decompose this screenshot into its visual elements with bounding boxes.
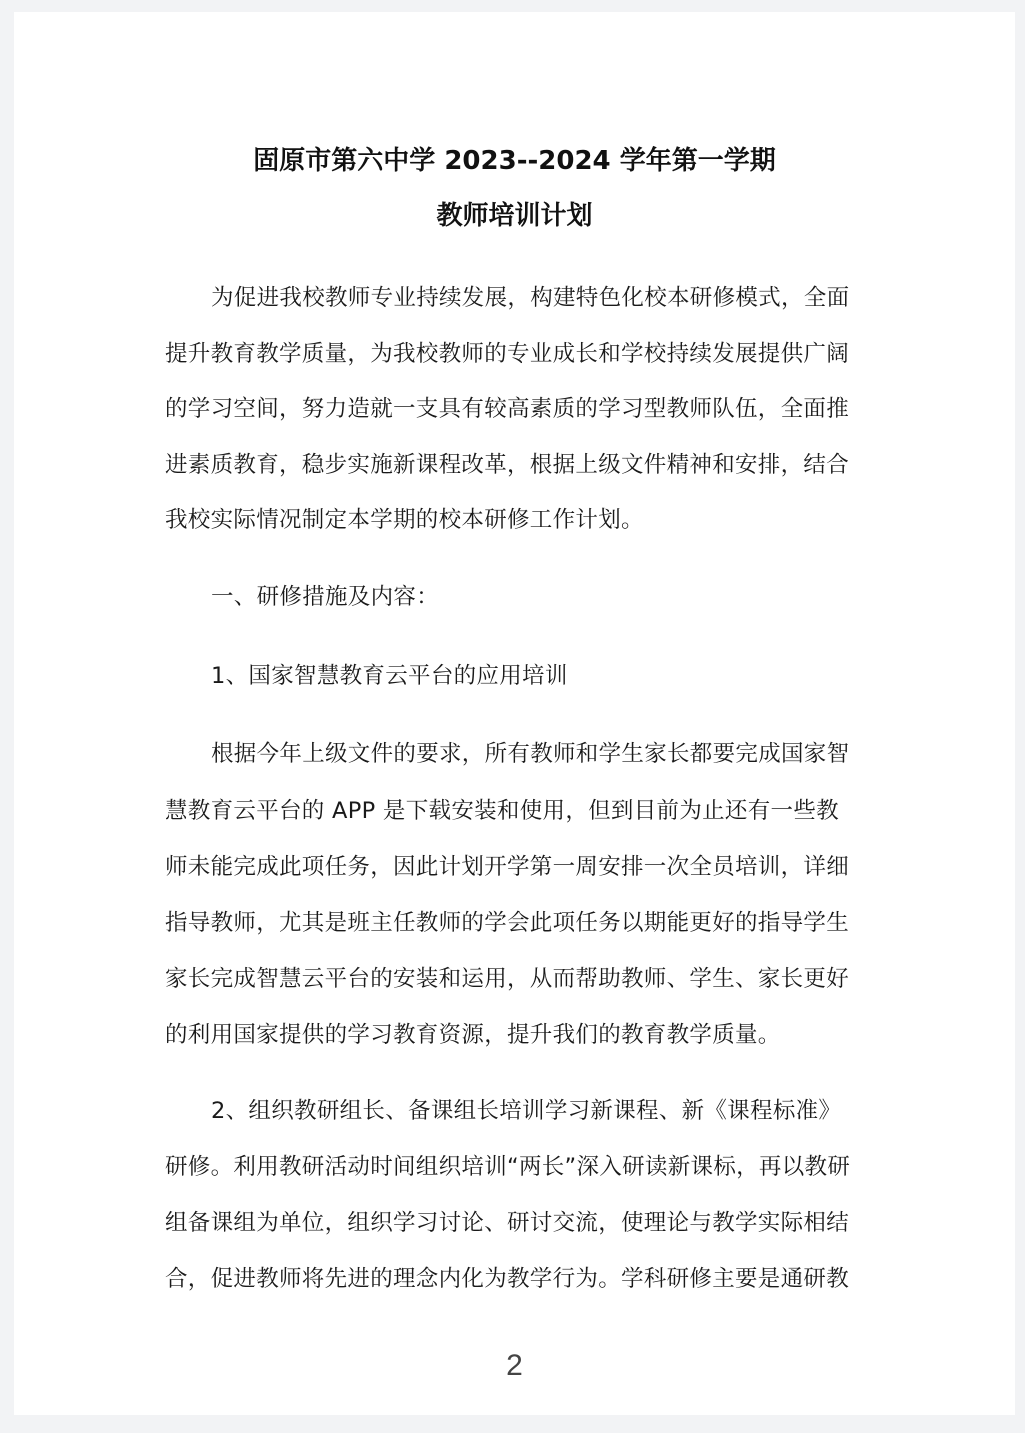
item-1-paragraph-line: 的利用国家提供的学习教育资源，提升我们的教育教学质量。 (165, 1017, 781, 1049)
item-2-paragraph-line: 研修。利用教研活动时间组织培训“两长”深入研读新课标，再以教研 (165, 1149, 850, 1181)
section-1-heading: 一、研修措施及内容： (211, 579, 439, 611)
intro-paragraph-line: 进素质教育，稳步实施新课程改革，根据上级文件精神和安排，结合 (165, 447, 849, 479)
intro-paragraph-line: 提升教育教学质量，为我校教师的专业成长和学校持续发展提供广阔 (165, 336, 849, 368)
item-2-paragraph-line: 组备课组为单位，组织学习讨论、研讨交流，使理论与教学实际相结 (165, 1205, 849, 1237)
document-title-line-1: 固原市第六中学 2023--2024 学年第一学期 (14, 140, 1015, 177)
item-1-paragraph-line: 师未能完成此项任务，因此计划开学第一周安排一次全员培训，详细 (165, 849, 849, 881)
document-title-line-2: 教师培训计划 (14, 195, 1015, 232)
document-page: 固原市第六中学 2023--2024 学年第一学期 教师培训计划 为促进我校教师… (14, 12, 1015, 1415)
item-1-paragraph-line: 家长完成智慧云平台的安装和运用，从而帮助教师、学生、家长更好 (165, 961, 849, 993)
item-1-paragraph-line: 慧教育云平台的 APP 是下载安装和使用，但到目前为止还有一些教 (165, 793, 839, 825)
page-number: 2 (14, 1349, 1015, 1383)
item-1-heading: 1、国家智慧教育云平台的应用培训 (211, 658, 568, 690)
intro-paragraph-line: 为促进我校教师专业持续发展，构建特色化校本研修模式，全面 (211, 280, 849, 312)
item-2-paragraph-line: 合，促进教师将先进的理念内化为教学行为。学科研修主要是通研教 (165, 1261, 849, 1293)
item-2-paragraph-line: 2、组织教研组长、备课组长培训学习新课程、新《课程标准》 (211, 1093, 841, 1125)
intro-paragraph-line: 的学习空间，努力造就一支具有较高素质的学习型教师队伍，全面推 (165, 391, 849, 423)
item-1-paragraph-line: 根据今年上级文件的要求，所有教师和学生家长都要完成国家智 (211, 736, 849, 768)
intro-paragraph-line: 我校实际情况制定本学期的校本研修工作计划。 (165, 502, 644, 534)
item-1-paragraph-line: 指导教师，尤其是班主任教师的学会此项任务以期能更好的指导学生 (165, 905, 849, 937)
